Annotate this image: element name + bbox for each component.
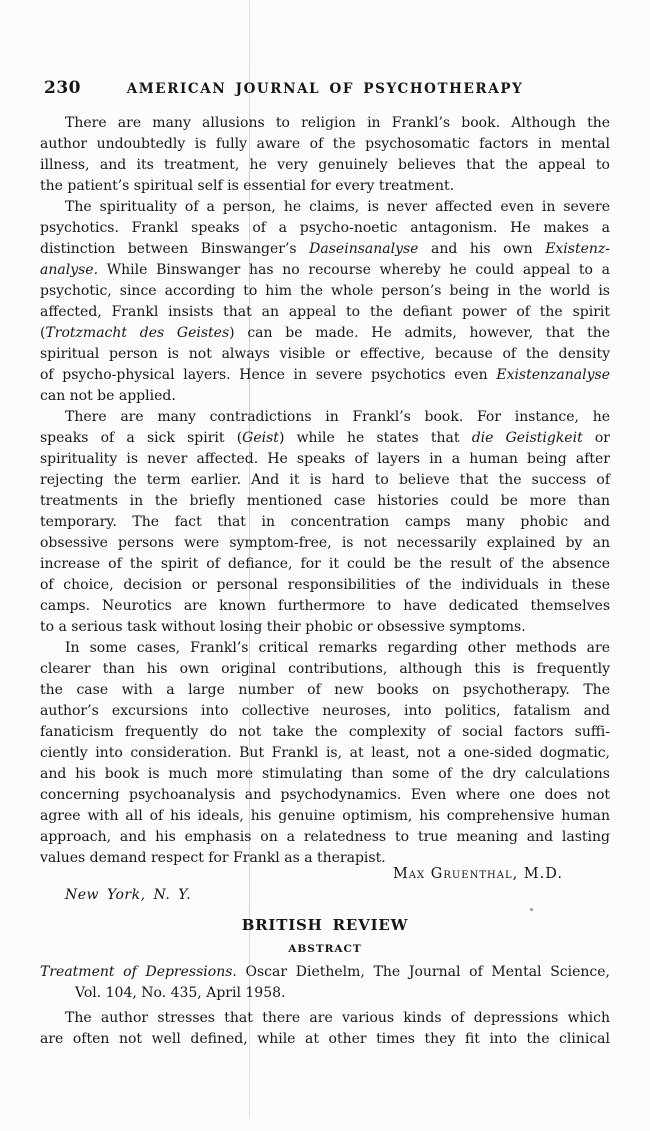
text-segment: affected, Frankl insists that an appeal …	[40, 304, 610, 320]
text-line: The spirituality of a person, he claims,…	[40, 197, 610, 218]
text-segment: of psycho-physical layers. Hence in seve…	[40, 367, 496, 383]
page-body: There are many allusions to religion in …	[40, 113, 610, 1050]
text-segment: While Binswanger has no recourse whereby…	[98, 262, 610, 278]
text-line: speaks of a sick spirit (Geist) while he…	[40, 428, 610, 449]
italic-text-segment: analyse.	[40, 262, 98, 278]
italic-text-segment: die Geistigkeit	[472, 430, 583, 446]
text-line: psychotics. Frankl speaks of a psycho-no…	[40, 218, 610, 239]
text-segment: camps. Neurotics are known furthermore t…	[40, 598, 610, 614]
text-line: Treatment of Depressions. Oscar Diethelm…	[40, 962, 610, 983]
text-segment: to a serious task without losing their p…	[40, 619, 526, 635]
text-line: camps. Neurotics are known furthermore t…	[40, 596, 610, 617]
text-segment: The spirituality of a person, he claims,…	[65, 199, 610, 215]
page-header: 230 AMERICAN JOURNAL OF PSYCHOTHERAPY	[40, 78, 610, 100]
section-heading-british-review: BRITISH REVIEW	[40, 917, 610, 933]
text-segment: There are many allusions to religion in …	[65, 115, 610, 131]
text-line: There are many contradictions in Frankl’…	[40, 407, 610, 428]
text-line: approach, and his emphasis on a relatedn…	[40, 827, 610, 848]
text-segment: In some cases, Frankl’s critical remarks…	[65, 640, 610, 656]
text-segment: Vol. 104, No. 435, April 1958.	[75, 985, 285, 1001]
text-segment: ciently into consideration. But Frankl i…	[40, 745, 610, 761]
text-segment: can not be applied.	[40, 388, 176, 404]
reviewer-location: New York, N. Y.	[40, 885, 610, 906]
text-line: Vol. 104, No. 435, April 1958.	[40, 983, 610, 1004]
text-line: agree with all of his ideals, his genuin…	[40, 806, 610, 827]
running-head-title: AMERICAN JOURNAL OF PSYCHOTHERAPY	[40, 78, 610, 100]
text-line: psychotic, since according to him the wh…	[40, 281, 610, 302]
text-segment: are often not well defined, while at oth…	[40, 1031, 610, 1047]
text-line: (Trotzmacht des Geistes) can be made. He…	[40, 323, 610, 344]
text-line: are often not well defined, while at oth…	[40, 1029, 610, 1050]
text-line: analyse. While Binswanger has no recours…	[40, 260, 610, 281]
text-segment: psychotics. Frankl speaks of a psycho-no…	[40, 220, 610, 236]
text-segment: fanaticism frequently do not take the co…	[40, 724, 610, 740]
abstract-citation: Treatment of Depressions. Oscar Diethelm…	[40, 962, 610, 1004]
text-segment: spiritual person is not always visible o…	[40, 346, 610, 362]
text-line: affected, Frankl insists that an appeal …	[40, 302, 610, 323]
text-line: and his book is much more stimulating th…	[40, 764, 610, 785]
text-segment: of choice, decision or personal responsi…	[40, 577, 610, 593]
abstract-paragraphs: The author stresses that there are vario…	[40, 1008, 610, 1050]
section-subheading-abstract: ABSTRACT	[40, 943, 610, 955]
text-line: to a serious task without losing their p…	[40, 617, 610, 638]
text-line: distinction between Binswanger’s Daseins…	[40, 239, 610, 260]
text-line: obsessive persons were symptom-free, is …	[40, 533, 610, 554]
text-segment: temporary. The fact that in concentratio…	[40, 514, 610, 530]
text-segment: rejecting the term earlier. And it is ha…	[40, 472, 610, 488]
text-line: increase of the spirit of defiance, for …	[40, 554, 610, 575]
text-line: author’s excursions into collective neur…	[40, 701, 610, 722]
text-segment: The author stresses that there are vario…	[65, 1010, 610, 1026]
text-segment: values demand respect for Frankl as a th…	[40, 850, 386, 866]
text-segment: or	[583, 430, 610, 446]
italic-text-segment: Daseinsanalyse	[309, 241, 418, 257]
text-segment: the patient’s spiritual self is essentia…	[40, 178, 454, 194]
text-segment: increase of the spirit of defiance, for …	[40, 556, 610, 572]
text-line: spirituality is never affected. He speak…	[40, 449, 610, 470]
journal-page: 230 AMERICAN JOURNAL OF PSYCHOTHERAPY Th…	[0, 0, 650, 1131]
italic-text-segment: Geist	[242, 430, 279, 446]
text-segment: Oscar Diethelm, The Journal of Mental Sc…	[237, 964, 610, 980]
text-segment: author’s excursions into collective neur…	[40, 703, 610, 719]
text-line: There are many allusions to religion in …	[40, 113, 610, 134]
text-line: illness, and its treatment, he very genu…	[40, 155, 610, 176]
text-line: can not be applied.	[40, 386, 610, 407]
italic-text-segment: Existenzanalyse	[496, 367, 610, 383]
text-line: the case with a large number of new book…	[40, 680, 610, 701]
text-segment: distinction between Binswanger’s	[40, 241, 309, 257]
text-segment: illness, and its treatment, he very genu…	[40, 157, 610, 173]
text-segment: There are many contradictions in Frankl’…	[65, 409, 610, 425]
text-segment: approach, and his emphasis on a relatedn…	[40, 829, 610, 845]
text-segment: spirituality is never affected. He speak…	[40, 451, 610, 467]
text-segment: and his book is much more stimulating th…	[40, 766, 610, 782]
text-segment: the case with a large number of new book…	[40, 682, 610, 698]
text-line: spiritual person is not always visible o…	[40, 344, 610, 365]
text-segment: agree with all of his ideals, his genuin…	[40, 808, 610, 824]
text-line: author undoubtedly is fully aware of the…	[40, 134, 610, 155]
text-segment: clearer than his own original contributi…	[40, 661, 610, 677]
frankl-review-paragraphs: There are many allusions to religion in …	[40, 113, 610, 869]
text-segment: concerning psychoanalysis and psychodyna…	[40, 787, 610, 803]
text-segment: treatments in the briefly mentioned case…	[40, 493, 610, 509]
text-line: fanaticism frequently do not take the co…	[40, 722, 610, 743]
text-line: clearer than his own original contributi…	[40, 659, 610, 680]
text-segment: psychotic, since according to him the wh…	[40, 283, 610, 299]
text-segment: obsessive persons were symptom-free, is …	[40, 535, 610, 551]
text-line: of choice, decision or personal responsi…	[40, 575, 610, 596]
page-number: 230	[44, 78, 81, 98]
text-segment: ) while he states that	[279, 430, 472, 446]
text-segment: speaks of a sick spirit (	[40, 430, 242, 446]
text-line: In some cases, Frankl’s critical remarks…	[40, 638, 610, 659]
text-line: concerning psychoanalysis and psychodyna…	[40, 785, 610, 806]
text-line: The author stresses that there are vario…	[40, 1008, 610, 1029]
text-line: the patient’s spiritual self is essentia…	[40, 176, 610, 197]
text-line: of psycho-physical layers. Hence in seve…	[40, 365, 610, 386]
text-line: temporary. The fact that in concentratio…	[40, 512, 610, 533]
text-segment: author undoubtedly is fully aware of the…	[40, 136, 610, 152]
italic-text-segment: Trotzmacht des Geistes	[45, 325, 229, 341]
text-segment: and his own	[418, 241, 545, 257]
text-line: rejecting the term earlier. And it is ha…	[40, 470, 610, 491]
italic-text-segment: Existenz-	[545, 241, 610, 257]
text-line: ciently into consideration. But Frankl i…	[40, 743, 610, 764]
text-line: treatments in the briefly mentioned case…	[40, 491, 610, 512]
text-segment: ) can be made. He admits, however, that …	[229, 325, 610, 341]
italic-text-segment: Treatment of Depressions.	[40, 964, 237, 980]
